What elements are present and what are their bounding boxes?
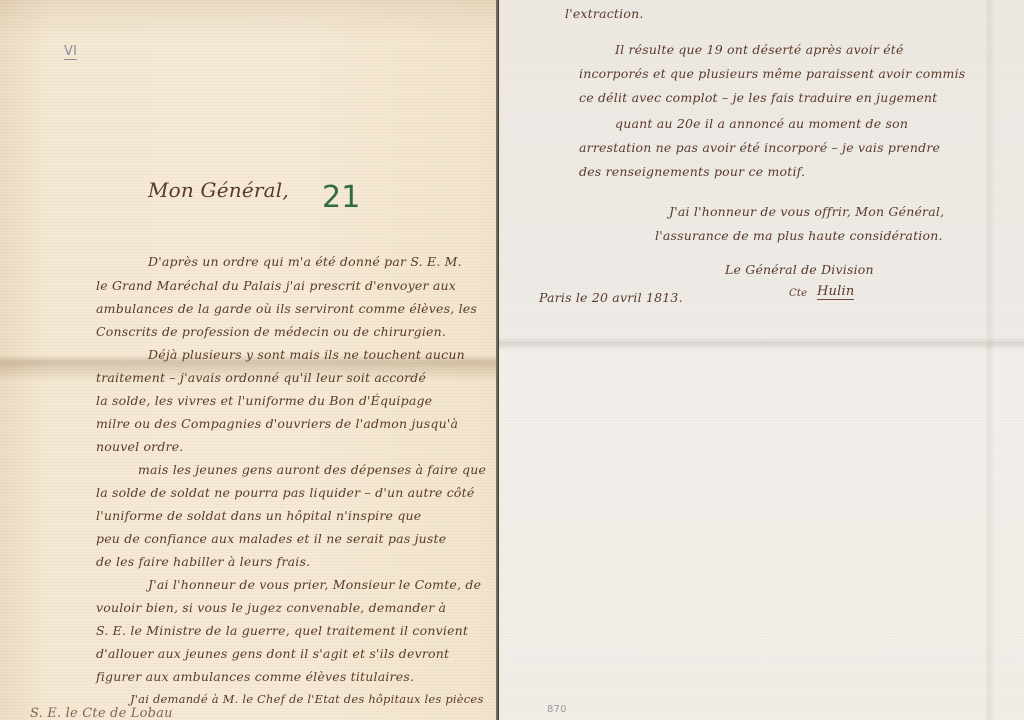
text-line: Déjà plusieurs y sont mais ils ne touche… — [148, 347, 465, 362]
date-line: Paris le 20 avril 1813. — [539, 290, 683, 305]
text-line: figurer aux ambulances comme élèves titu… — [96, 669, 414, 684]
text-line: l'extraction. — [565, 6, 644, 21]
text-line: traitement – j'avais ordonné qu'il leur … — [96, 370, 426, 385]
salutation: Mon Général, — [148, 178, 289, 202]
text-line: le Grand Maréchal du Palais j'ai prescri… — [96, 278, 456, 293]
text-line: quant au 20e il a annoncé au moment de s… — [615, 116, 908, 131]
text-line: D'après un ordre qui m'a été donné par S… — [148, 254, 462, 269]
text-line: J'ai demandé à M. le Chef de l'Etat des … — [130, 692, 484, 706]
text-line: vouloir bien, si vous le jugez convenabl… — [96, 600, 446, 615]
text-line: incorporés et que plusieurs même paraiss… — [579, 66, 965, 81]
closing-line: l'assurance de ma plus haute considérati… — [655, 228, 943, 243]
text-line: ce délit avec complot – je les fais trad… — [579, 90, 937, 105]
text-line: la solde de soldat ne pourra pas liquide… — [96, 485, 474, 500]
archive-number: 21 — [322, 180, 361, 215]
text-line: arrestation ne pas avoir été incorporé –… — [579, 140, 940, 155]
text-line: J'ai l'honneur de vous prier, Monsieur l… — [148, 577, 481, 592]
text-line: d'allouer aux jeunes gens dont il s'agit… — [96, 646, 449, 661]
pencil-archive-number: 870 — [547, 704, 567, 715]
letter-page-left: VI Mon Général, 21 D'après un ordre qui … — [0, 0, 498, 720]
text-line: Il résulte que 19 ont déserté après avoi… — [615, 42, 904, 57]
addressee-fragment: S. E. le Cte de Lobau — [30, 706, 173, 720]
folio-mark: VI — [64, 44, 77, 60]
closing-line: J'ai l'honneur de vous offrir, Mon Génér… — [669, 204, 944, 219]
letter-page-right: l'extraction. Il résulte que 19 ont dése… — [498, 0, 1024, 720]
text-line: mais les jeunes gens auront des dépenses… — [138, 462, 486, 477]
text-line: des renseignements pour ce motif. — [579, 164, 805, 179]
signatory-title: Le Général de Division — [725, 262, 874, 277]
text-line: milre ou des Compagnies d'ouvriers de l'… — [96, 416, 458, 431]
text-line: S. E. le Ministre de la guerre, quel tra… — [96, 623, 468, 638]
text-line: Conscrits de profession de médecin ou de… — [96, 324, 446, 339]
signature-prefix: Cte — [789, 288, 807, 299]
text-line: l'uniforme de soldat dans un hôpital n'i… — [96, 508, 421, 523]
text-line: de les faire habiller à leurs frais. — [96, 554, 310, 569]
text-line: la solde, les vivres et l'uniforme du Bo… — [96, 393, 432, 408]
text-line: ambulances de la garde où ils serviront … — [96, 301, 477, 316]
signature: Hulin — [817, 284, 854, 300]
text-line: peu de confiance aux malades et il ne se… — [96, 531, 446, 546]
text-line: nouvel ordre. — [96, 439, 184, 454]
